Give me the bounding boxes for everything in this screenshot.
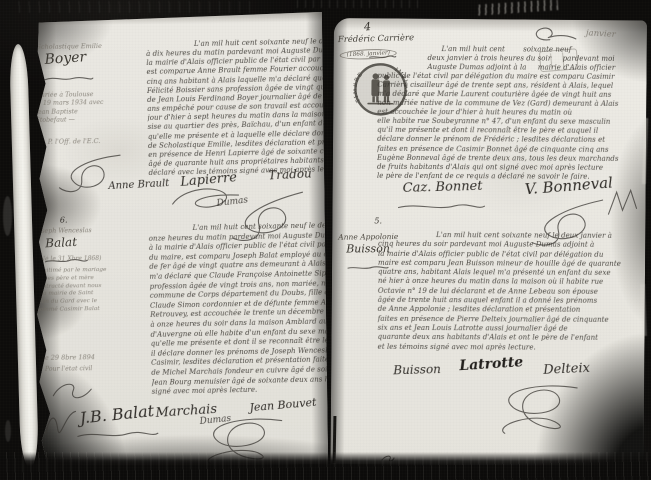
- scratch-mark: [5, 420, 11, 442]
- signature-witness: Latrotte: [459, 354, 524, 374]
- folio-number: 4: [363, 20, 371, 34]
- signature-witness: Caz. Bonnet: [402, 179, 482, 196]
- margin-legitimation-note: Légitimé par le mariage de ses père et m…: [36, 266, 147, 314]
- signature-witness: Delteix: [543, 361, 590, 378]
- register-scan-frame: Scholastique Emilie Boyer mariée à Toulo…: [0, 0, 651, 480]
- scratch-mark: [3, 196, 12, 236]
- paraph-flourish: [55, 145, 133, 208]
- scratch-mark: [290, 0, 420, 8]
- corner-annotation: janvier: [586, 28, 616, 40]
- act-text-block: L'an mil huit cent soixante neuf le deux…: [378, 231, 643, 353]
- act-text-block: L'an mil huit cent soixante neuf deux ja…: [377, 45, 644, 182]
- act-number: 5.: [374, 216, 382, 225]
- paraph-flourish: [606, 186, 640, 222]
- left-page: Scholastique Emilie Boyer mariée à Toulo…: [30, 12, 328, 468]
- margin-act-name: Frédéric Carrière: [338, 32, 460, 45]
- margin-surname: Balat: [45, 235, 77, 251]
- scratch-mark: [474, 0, 559, 16]
- manuscript-line: quarante deux ans habitants d'Alais et o…: [378, 333, 642, 343]
- page-edge-sliver: [9, 44, 39, 468]
- signature-flourish: [396, 196, 486, 216]
- margin-note-line: Stobefaut —: [35, 116, 145, 126]
- scratch-mark: [642, 118, 648, 184]
- right-page: 4 Frédéric Carrière (1868. janvier) TIMB…: [330, 18, 646, 466]
- scratch-mark: [10, 1, 250, 13]
- signature-witness: Tradou: [268, 166, 312, 182]
- margin-officer-note: Pour l'état civil: [45, 365, 93, 373]
- underline-flourish: [43, 67, 95, 87]
- signature-witness: Jean Bouvet: [249, 396, 317, 415]
- margin-note-child-name: Joseph Wenceslas: [35, 226, 145, 235]
- margin-surname: Boyer: [44, 49, 87, 68]
- margin-date-note: le 29 8bre 1894: [43, 353, 95, 362]
- signature-flourish: [76, 424, 160, 444]
- paraph-flourish: [481, 381, 591, 440]
- margin-birth-note: (Né le 31 Xbre 1868): [37, 255, 101, 263]
- act-text-block: L'an mil huit cent soixante neuf le deux…: [148, 221, 327, 397]
- manuscript-line: signé avec moi après lecture.: [152, 385, 328, 398]
- margin-note-line: nommé Casimir Balat: [36, 305, 146, 314]
- manuscript-line: et les témoins signé avec moi après lect…: [378, 342, 642, 352]
- act-number: 6.: [60, 215, 68, 224]
- margin-officer-note: P. l'Off. de l'E.C.: [48, 137, 101, 146]
- manuscript-line: déclare donner le prénom de Frédéric ; l…: [377, 135, 643, 145]
- paraph-flourish: [49, 377, 95, 408]
- scratch-mark: [640, 284, 647, 336]
- margin-marriage-note: mariée à Toulouse le 19 mars 1934 avec J…: [35, 90, 145, 125]
- act-text-block: L'an mil huit cent soixante neuf le deux…: [146, 37, 325, 178]
- margin-note-child-name: Scholastique Emilie: [36, 41, 144, 51]
- bottom-border: [0, 452, 651, 480]
- signature-declarant: Buisson: [393, 362, 441, 377]
- signature-declarant: Anne Brault: [108, 178, 169, 192]
